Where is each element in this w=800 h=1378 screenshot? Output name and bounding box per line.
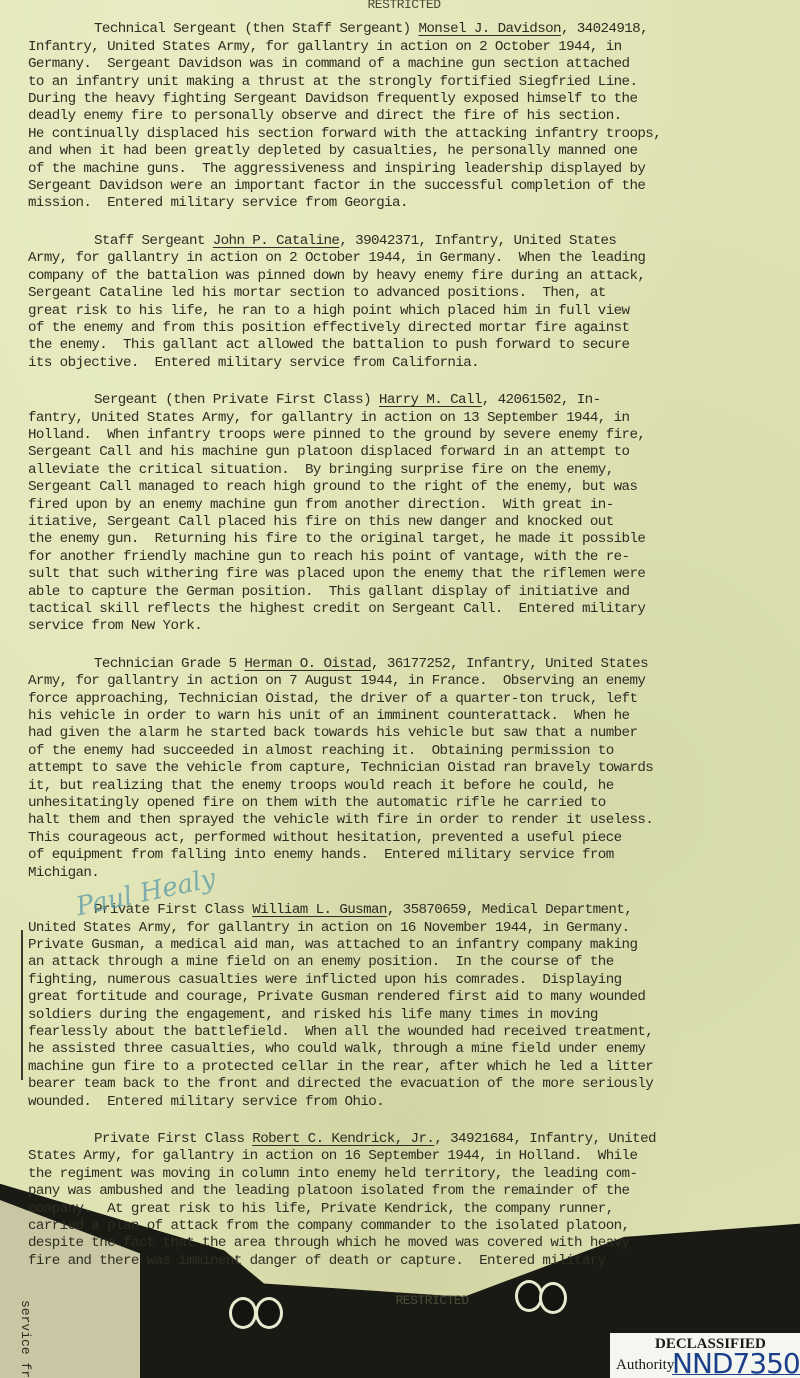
citation-line: Sergeant Davidson were an important fact… <box>28 178 780 195</box>
citation-heading-line: Technician Grade 5 Herman O. Oistad, 361… <box>28 656 780 673</box>
citation-line: of equipment from falling into enemy han… <box>28 847 780 864</box>
citation-heading-line: Staff Sergeant John P. Cataline, 3904237… <box>28 233 780 250</box>
citation-line: of the machine guns. The aggressiveness … <box>28 161 780 178</box>
margin-mark <box>21 930 23 1080</box>
citation-line: This courageous act, performed without h… <box>28 830 780 847</box>
citation-line: wounded. Entered military service from O… <box>28 1094 780 1111</box>
recipient-name: Herman O. Oistad <box>244 656 371 672</box>
citation-paragraph: Technician Grade 5 Herman O. Oistad, 361… <box>28 656 780 882</box>
citation-paragraph: Staff Sergeant John P. Cataline, 3904237… <box>28 233 780 372</box>
recipient-name: John P. Cataline <box>213 233 340 249</box>
citation-line: for another friendly machine gun to reac… <box>28 549 780 566</box>
citation-line: and when it had been greatly depleted by… <box>28 143 780 160</box>
citation-line: he assisted three casualties, who could … <box>28 1041 780 1058</box>
citation-line: United States Army, for gallantry in act… <box>28 920 780 937</box>
citation-line: company of the battalion was pinned down… <box>28 268 780 285</box>
citation-line: Sergeant Cataline led his mortar section… <box>28 285 780 302</box>
citation-heading-line: Private First Class Robert C. Kendrick, … <box>28 1131 780 1148</box>
citation-line: Infantry, United States Army, for gallan… <box>28 39 780 56</box>
citation-line: pany was ambushed and the leading platoo… <box>28 1183 780 1200</box>
citation-line: its objective. Entered military service … <box>28 355 780 372</box>
citation-line: machine gun fire to a protected cellar i… <box>28 1059 780 1076</box>
citation-line: the enemy. This gallant act allowed the … <box>28 337 780 354</box>
citation-paragraph: Private First Class William L. Gusman, 3… <box>28 902 780 1111</box>
citation-line: During the heavy fighting Sergeant David… <box>28 91 780 108</box>
citation-line: itiative, Sergeant Call placed his fire … <box>28 514 780 531</box>
citation-line: great fortitude and courage, Private Gus… <box>28 989 780 1006</box>
citation-line: Sergeant Call managed to reach high grou… <box>28 479 780 496</box>
citation-line: Holland. When infantry troops were pinne… <box>28 427 780 444</box>
citation-line: it, but realizing that the enemy troops … <box>28 778 780 795</box>
citation-paragraph: Private First Class Robert C. Kendrick, … <box>28 1131 780 1270</box>
recipient-name: Robert C. Kendrick, Jr. <box>252 1131 434 1147</box>
citation-line: halt them and then sprayed the vehicle w… <box>28 812 780 829</box>
citation-line: great risk to his life, he ran to a high… <box>28 303 780 320</box>
citation-line: his vehicle in order to warn his unit of… <box>28 708 780 725</box>
citation-line: carried a plan of attack from the compan… <box>28 1218 780 1235</box>
citation-line: States Army, for gallantry in action on … <box>28 1148 780 1165</box>
classification-header: RESTRICTED <box>28 0 780 13</box>
citation-line: fantry, United States Army, for gallantr… <box>28 410 780 427</box>
citation-line: despite the fact that the area through w… <box>28 1235 780 1252</box>
citation-line: fighting, numerous casualties were infli… <box>28 972 780 989</box>
citation-line: sult that such withering fire was placed… <box>28 566 780 583</box>
citation-line: force approaching, Technician Oistad, th… <box>28 691 780 708</box>
citation-paragraph: Sergeant (then Private First Class) Harr… <box>28 392 780 636</box>
citation-line: of the enemy had succeeded in almost rea… <box>28 743 780 760</box>
stamp-number: NND735017 <box>672 1347 800 1378</box>
citation-line: had given the alarm he started back towa… <box>28 725 780 742</box>
citation-line: to an infantry unit making a thrust at t… <box>28 74 780 91</box>
punch-hole <box>518 1283 540 1309</box>
citation-line: fearlessly about the battlefield. When a… <box>28 1024 780 1041</box>
citations-list: Technical Sergeant (then Staff Sergeant)… <box>28 21 780 1270</box>
document-body: RESTRICTED Technical Sergeant (then Staf… <box>28 0 780 1290</box>
citation-line: an attack through a mine field on an ene… <box>28 954 780 971</box>
citation-line: of the enemy and from this position effe… <box>28 320 780 337</box>
citation-line: the regiment was moving in column into e… <box>28 1166 780 1183</box>
citation-line: Army, for gallantry in action on 7 Augus… <box>28 673 780 690</box>
citation-heading-line: Technical Sergeant (then Staff Sergeant)… <box>28 21 780 38</box>
citation-line: able to capture the German position. Thi… <box>28 584 780 601</box>
citation-line: He continually displaced his section for… <box>28 126 780 143</box>
citation-line: service from New York. <box>28 618 780 635</box>
citation-line: mission. Entered military service from G… <box>28 195 780 212</box>
punch-hole <box>232 1300 254 1326</box>
recipient-name: Harry M. Call <box>379 392 482 408</box>
recipient-name: Monsel J. Davidson <box>418 21 560 37</box>
stamp-label: Authority <box>616 1357 674 1374</box>
citation-line: tactical skill reflects the highest cred… <box>28 601 780 618</box>
citation-line: Germany. Sergeant Davidson was in comman… <box>28 56 780 73</box>
citation-line: fire and there was imminent danger of de… <box>28 1253 780 1270</box>
citation-line: the enemy gun. Returning his fire to the… <box>28 531 780 548</box>
citation-line: Sergeant Call and his machine gun platoo… <box>28 444 780 461</box>
citation-line: Private Gusman, a medical aid man, was a… <box>28 937 780 954</box>
citation-line: soldiers during the engagement, and risk… <box>28 1007 780 1024</box>
citation-line: alleviate the critical situation. By bri… <box>28 462 780 479</box>
citation-line: company. At great risk to his life, Priv… <box>28 1201 780 1218</box>
recipient-name: William L. Gusman <box>252 902 387 918</box>
declassified-stamp: DECLASSIFIED Authority NND735017 <box>610 1333 800 1378</box>
citation-paragraph: Technical Sergeant (then Staff Sergeant)… <box>28 21 780 212</box>
underlying-page-text: service fr <box>18 1300 33 1378</box>
citation-line: bearer team back to the front and direct… <box>28 1076 780 1093</box>
punch-hole <box>258 1300 280 1326</box>
citation-line: Army, for gallantry in action on 2 Octob… <box>28 250 780 267</box>
citation-line: fired upon by an enemy machine gun from … <box>28 497 780 514</box>
punch-hole <box>542 1285 564 1311</box>
citation-line: attempt to save the vehicle from capture… <box>28 760 780 777</box>
citation-heading-line: Sergeant (then Private First Class) Harr… <box>28 392 780 409</box>
citation-line: unhesitatingly opened fire on them with … <box>28 795 780 812</box>
citation-line: deadly enemy fire to personally observe … <box>28 108 780 125</box>
